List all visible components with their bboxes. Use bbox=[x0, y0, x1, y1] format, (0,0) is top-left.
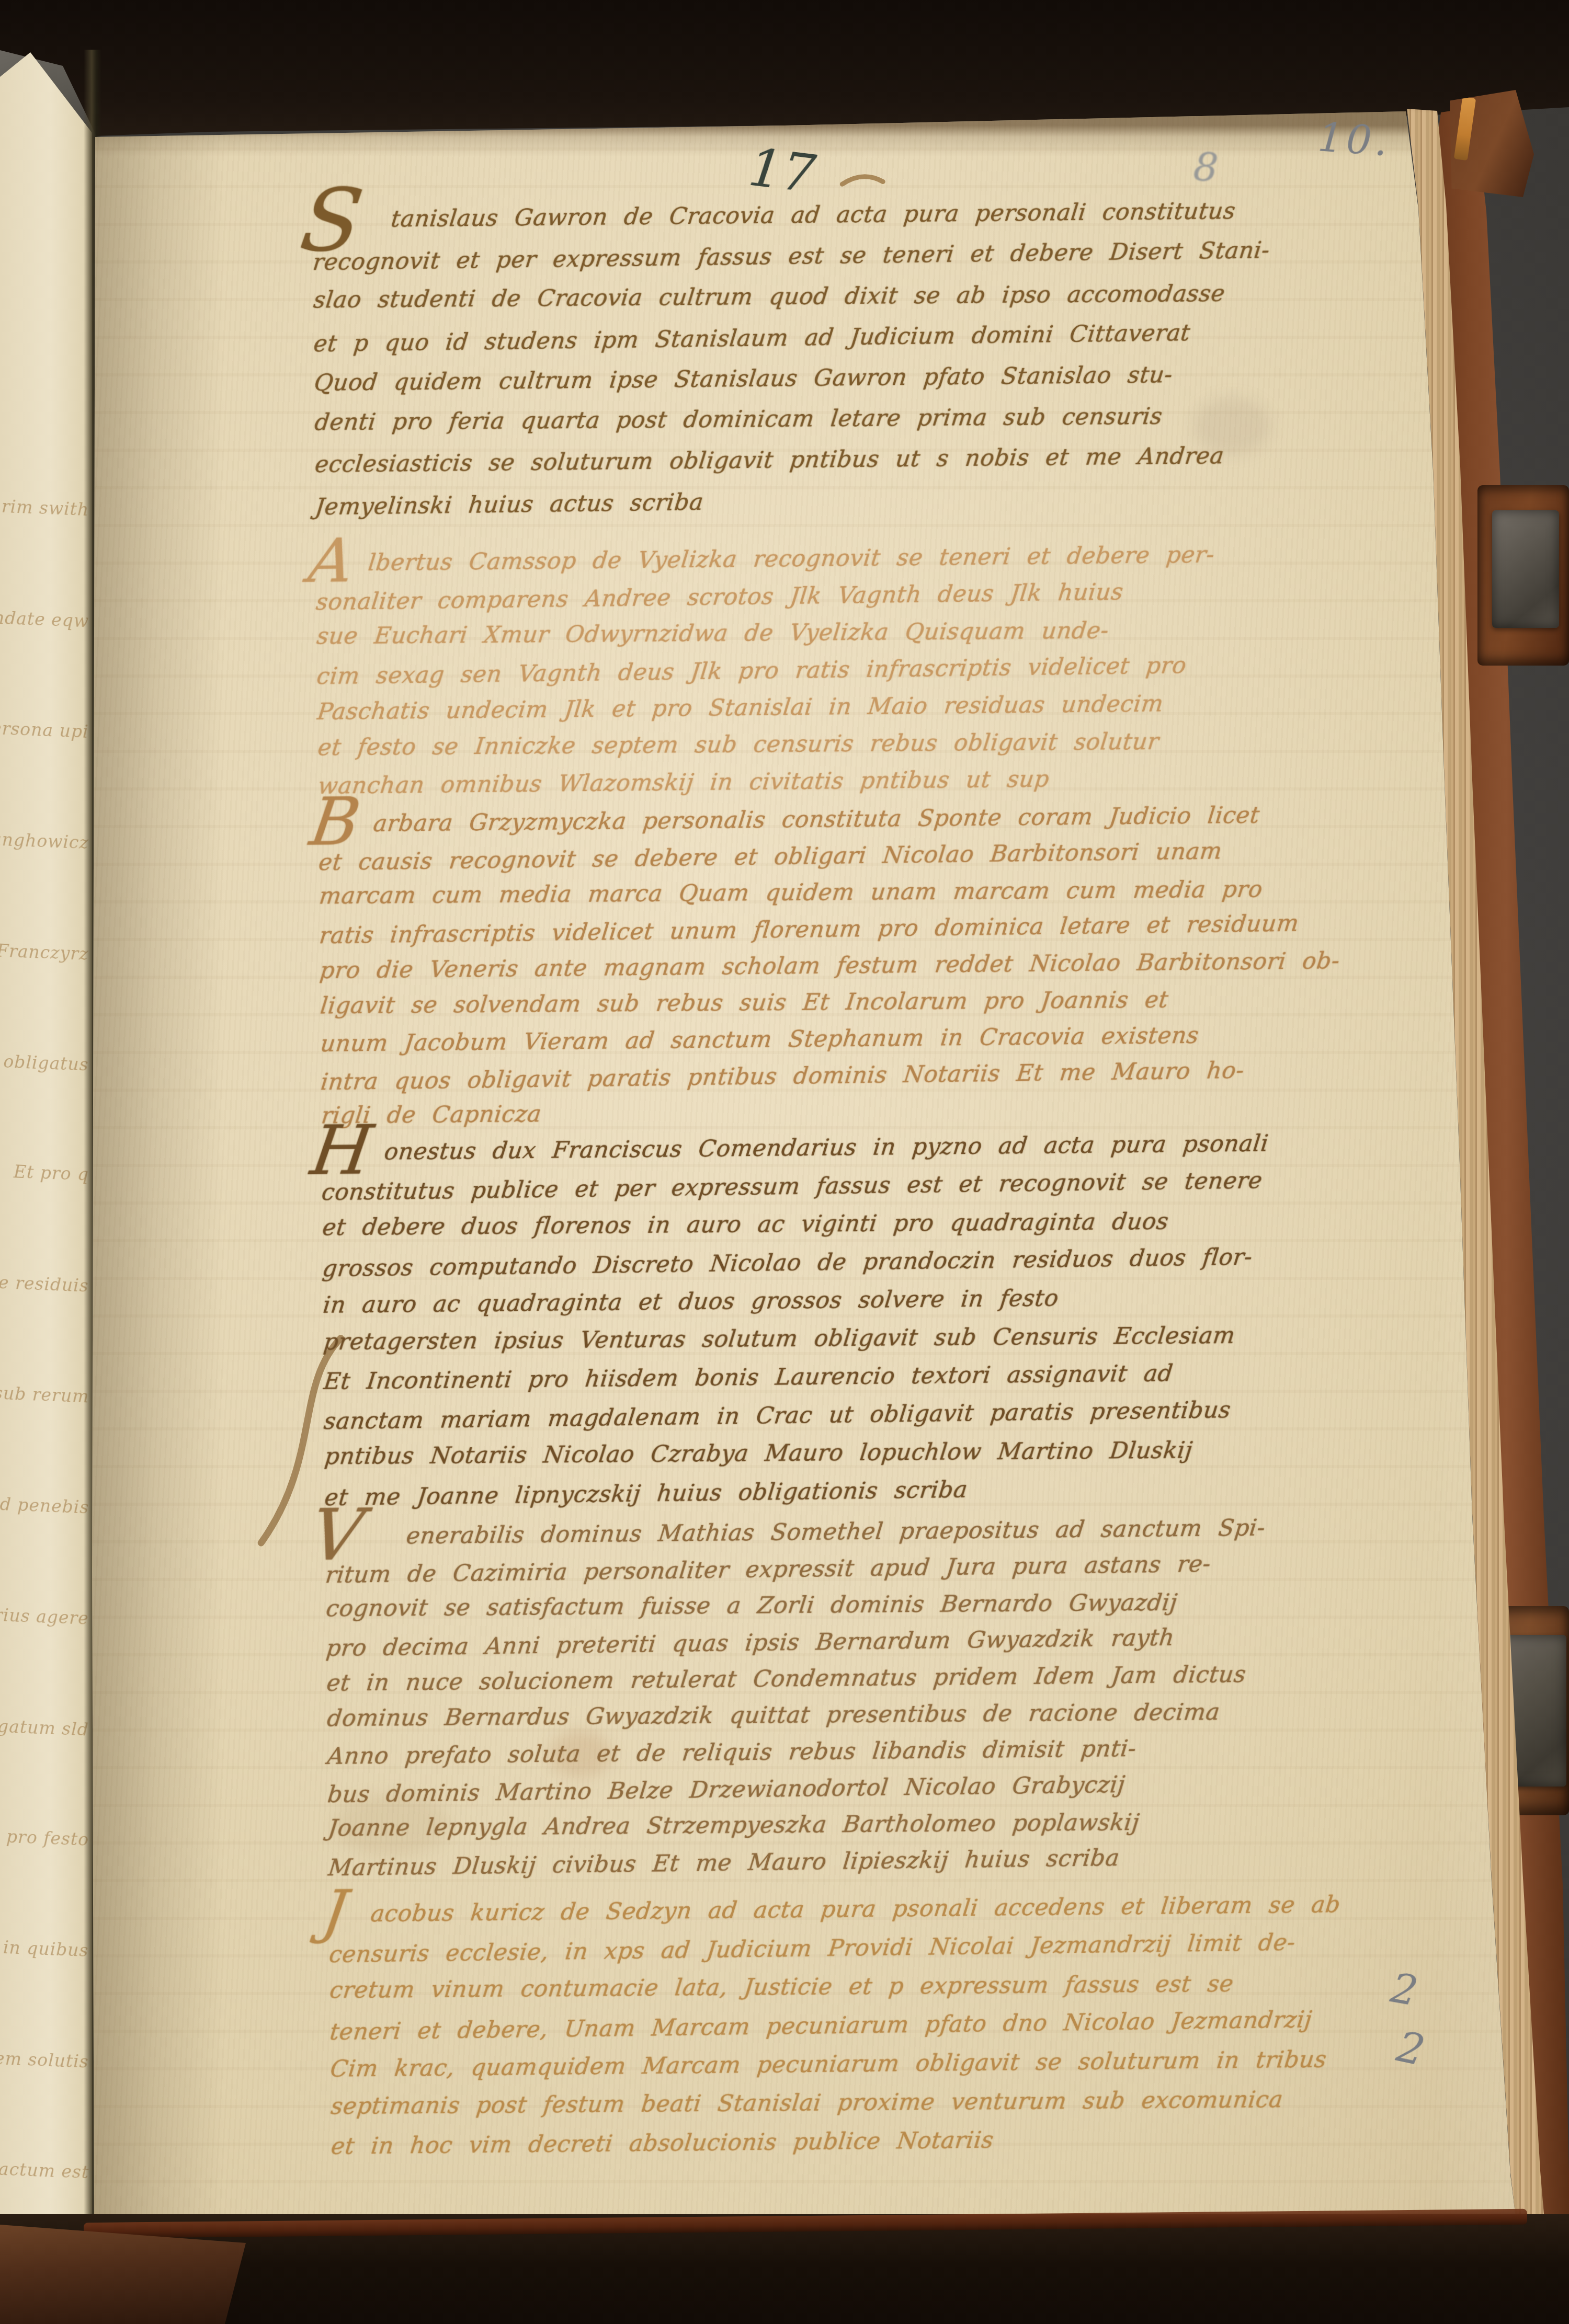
leather-corner-tab bbox=[1442, 90, 1534, 197]
facing-page-text-fragment: obligatum sld bbox=[0, 1714, 89, 1739]
facing-page-text-fragment: in quibus bbox=[3, 1937, 89, 1961]
facing-page-text-fragment: actum est bbox=[0, 2159, 89, 2183]
facing-page-text-fragment: ad penebis bbox=[0, 1493, 89, 1517]
strap-remnant bbox=[1454, 97, 1476, 161]
manuscript-paragraph: Honestus dux Franciscus Comendarius in p… bbox=[322, 1123, 1445, 1515]
photograph-of-open-manuscript: rim swithmandate eqwpersona upiGranghowi… bbox=[0, 0, 1569, 2324]
facing-page-text-fragment: sub rerum bbox=[0, 1383, 89, 1407]
pen-squiggle bbox=[842, 176, 883, 184]
facing-page-text-fragment: Et pro q bbox=[13, 1161, 89, 1185]
manuscript-page: 17 8 10. 2 2 Stanislaus Gawron de Cracov… bbox=[0, 0, 1569, 2324]
clasp-top-metal-plate bbox=[1492, 510, 1559, 628]
facing-page-text-fragment: Granghowicz bbox=[0, 828, 89, 853]
facing-page-text-fragment: de residuis bbox=[0, 1272, 89, 1296]
manuscript-paragraph: Barbara Grzyzmyczka personalis constitut… bbox=[319, 795, 1441, 1136]
manuscript-paragraph: Venerabilis dominus Mathias Somethel pra… bbox=[325, 1508, 1448, 1885]
facing-page-sliver: rim swithmandate eqwpersona upiGranghowi… bbox=[0, 48, 92, 2241]
handwritten-text-layer: Stanislaus Gawron de Cracovia ad acta pu… bbox=[0, 0, 1569, 2324]
facing-page-text-fragment: rim swith bbox=[1, 496, 89, 520]
facing-page-text-fragment: pro festo bbox=[6, 1826, 89, 1850]
facing-page-text-fragment: prius agere bbox=[0, 1604, 89, 1629]
facing-page-text-fragment: dem solutis bbox=[0, 2047, 89, 2072]
manuscript-paragraph: Stanislaus Gawron de Cracovia ad acta pu… bbox=[313, 189, 1435, 526]
facing-page-text-fragment: ritus Franczyrz bbox=[0, 938, 89, 964]
facing-page-text-fragment: dem obligatus bbox=[0, 1049, 89, 1075]
manuscript-paragraph: Jacobus kuricz de Sedzyn ad acta pura ps… bbox=[329, 1884, 1451, 2166]
facing-page-text-fragment: mandate eqw bbox=[0, 606, 89, 631]
facing-page-text-fragment: persona upi bbox=[0, 717, 89, 742]
manuscript-paragraph: Albertus Camssop de Vyelizka recognovit … bbox=[316, 534, 1438, 805]
clasp-top bbox=[1477, 485, 1569, 666]
